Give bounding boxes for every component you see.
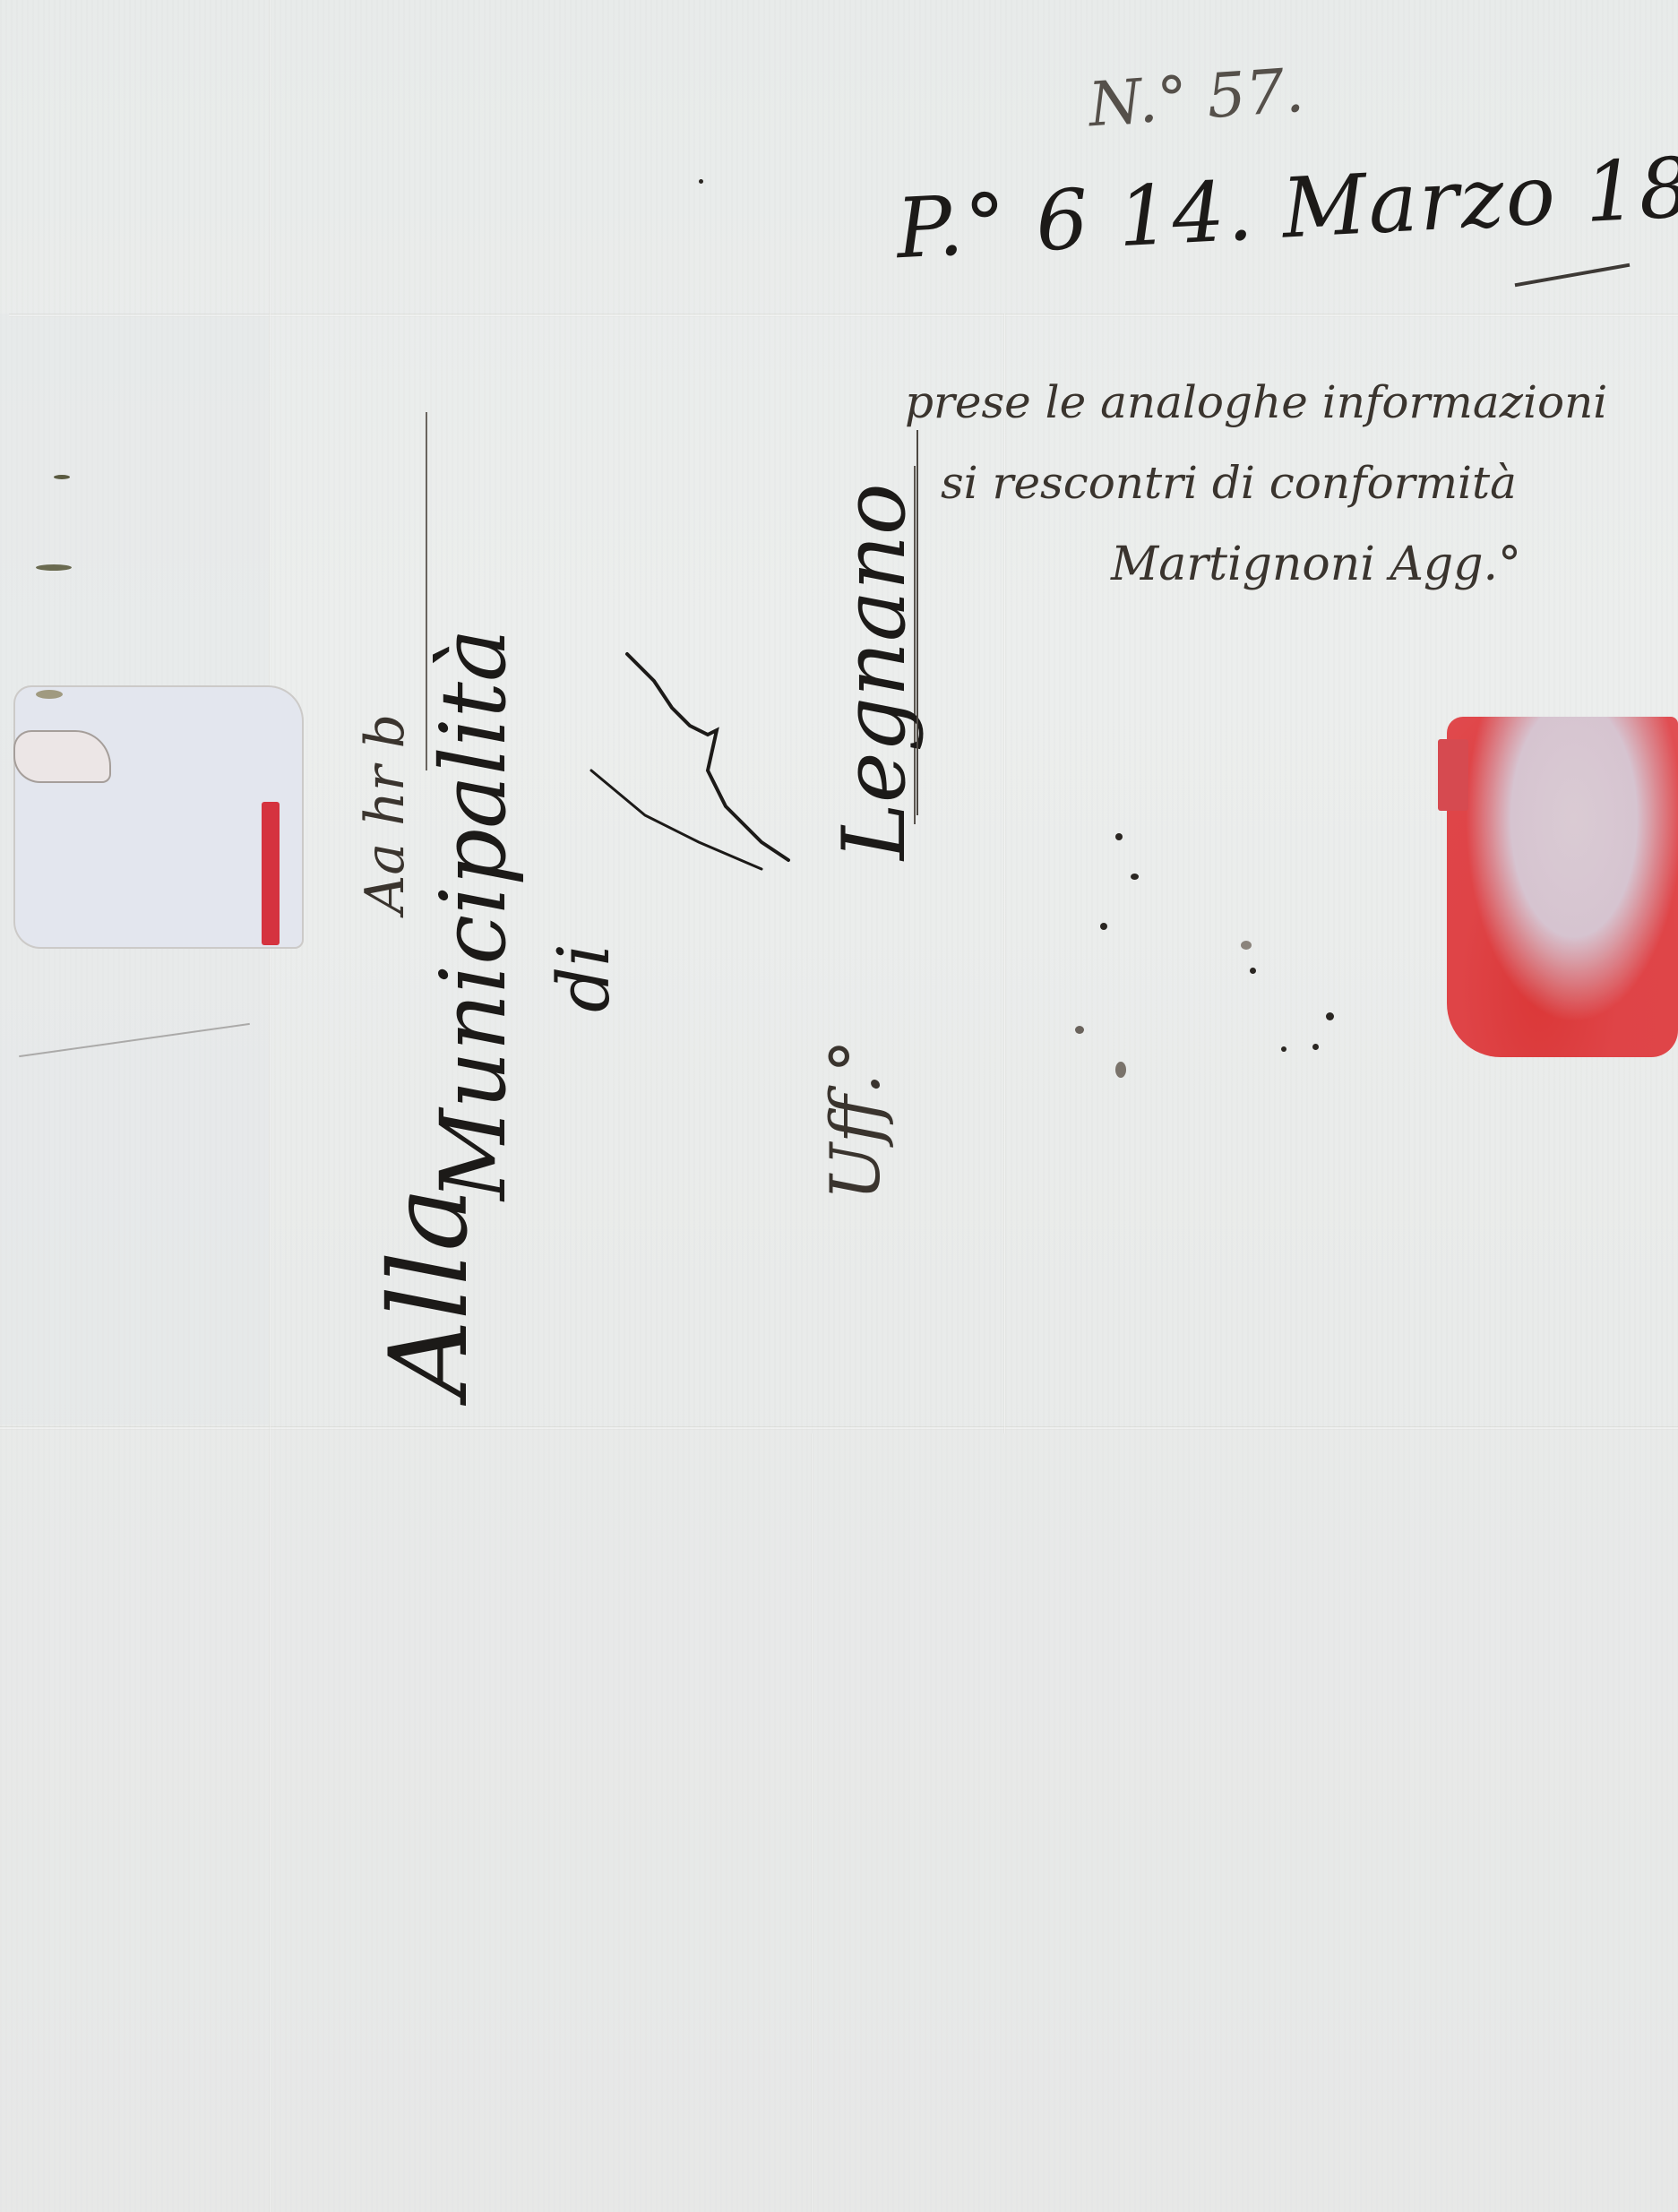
postmark-speck <box>1312 1044 1319 1050</box>
received-date: P.° 6 14. Marzo 1811. <box>894 133 1678 277</box>
address-rule-2 <box>916 430 918 815</box>
postmark-speck <box>1115 1062 1126 1078</box>
signature-martignoni: Martignoni Agg.° <box>1111 538 1521 591</box>
date-underline <box>1515 263 1631 288</box>
postmark-speck <box>1131 874 1139 880</box>
wax-seal-remnant <box>1447 717 1678 1057</box>
address-marker-top: Aa hr b <box>354 714 417 914</box>
note-line-1: prese le analoghe informazioni <box>905 376 1607 428</box>
letter-sheet: N.° 57. P.° 6 14. Marzo 1811. prese le a… <box>0 0 1678 2212</box>
ink-speck <box>36 564 72 571</box>
postmark-speck <box>1250 968 1256 974</box>
ink-speck <box>699 179 703 184</box>
address-di: di <box>542 943 625 1012</box>
address-legnano: Legnano <box>824 483 925 860</box>
postmark-speck <box>1241 941 1252 950</box>
ink-speck <box>36 690 63 699</box>
postmark-speck <box>1326 1012 1334 1020</box>
postmark-speck <box>1281 1046 1286 1052</box>
address-municipalita: Municipalità <box>421 628 526 1201</box>
postmark-speck <box>1100 923 1107 930</box>
postmark-speck <box>1075 1026 1084 1034</box>
protocol-number: N.° 57. <box>1087 56 1306 142</box>
bottom-panel <box>0 1429 1678 2212</box>
seal-wax-chip <box>1438 739 1468 811</box>
fold-line-middle <box>0 1426 1678 1430</box>
fold-line-top <box>9 314 1678 317</box>
torn-paper-area <box>13 685 304 949</box>
office-note: Uff.° <box>815 1039 895 1201</box>
seal-wax-fragment-left <box>262 802 280 945</box>
fold-line-lower-center <box>811 1433 813 2212</box>
note-line-2: si rescontri di conformità <box>941 457 1517 509</box>
ink-speck <box>54 475 70 479</box>
fold-line-left <box>269 0 271 2212</box>
postmark-speck <box>1115 833 1123 840</box>
torn-flake <box>13 730 111 783</box>
address-salutation: Alla <box>367 1187 492 1398</box>
paraph-flourish-icon <box>538 627 806 896</box>
